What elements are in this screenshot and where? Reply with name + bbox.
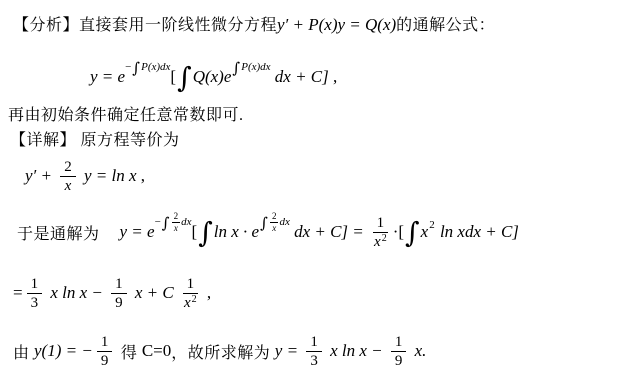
integral-icon: ∫ xyxy=(132,61,140,76)
minus-sign: − xyxy=(155,217,161,228)
fraction: 1 9 xyxy=(97,333,113,370)
integrand: ln x · e xyxy=(214,222,259,242)
formula-tail: ln xdx + C] xyxy=(436,222,519,242)
fraction-numerator: 2 xyxy=(270,211,279,222)
general-solution-line: 于是通解为 y = e − ∫ 2 x dx [ ∫ ln x · e ∫ 2 … xyxy=(17,206,519,258)
answer-head: y = xyxy=(275,341,303,361)
exponent-group: ∫ 2 x dx xyxy=(259,211,290,233)
fraction-denominator: x xyxy=(271,223,277,233)
expanded-solution-line: = 1 3 x ln x − 1 9 x + C 1 x2 , xyxy=(13,266,211,320)
equation-tail: y = ln x xyxy=(80,166,137,186)
small-fraction: 2 x xyxy=(172,211,181,233)
exponent-body: P(x)dx xyxy=(241,62,270,73)
fraction-numerator: 1 xyxy=(306,333,322,352)
term-b: x + C xyxy=(131,283,178,303)
fraction: 1 x2 xyxy=(372,214,389,251)
general-solution-formula: y = e − ∫ P(x)dx [ ∫ Q(x)e ∫ P(x)dx dx +… xyxy=(90,56,337,98)
term-a: x ln x − xyxy=(46,283,107,303)
fraction: 2 x xyxy=(60,158,76,195)
fraction-numerator: 1 xyxy=(27,275,43,294)
integral-icon: ∫ xyxy=(232,61,240,76)
fraction-numerator: 1 xyxy=(373,214,389,233)
fraction-numerator: 1 xyxy=(391,333,407,352)
fraction-denominator: 3 xyxy=(29,294,41,312)
fraction-numerator: 2 xyxy=(172,211,181,222)
solution-intro-line: 【详解】 原方程等价为 xyxy=(10,127,180,150)
solution-label-and-text: 【详解】 原方程等价为 xyxy=(10,127,180,150)
exponent-group: − ∫ 2 x dx xyxy=(155,211,192,233)
integral-icon: ∫ xyxy=(260,216,268,231)
comma: , xyxy=(203,283,212,303)
variable-x: x xyxy=(184,295,191,311)
open-bracket: [ xyxy=(170,67,176,87)
fraction-denominator: x xyxy=(173,223,179,233)
constant-value: C=0 xyxy=(142,341,171,361)
fraction-denominator: x2 xyxy=(182,294,199,312)
fraction-numerator: 1 xyxy=(97,333,113,352)
analysis-label-and-text: 【分析】直接套用一阶线性微分方程 xyxy=(13,12,277,35)
fraction-denominator: 9 xyxy=(113,294,125,312)
exponent-2: 2 xyxy=(382,233,387,244)
fraction: 1 9 xyxy=(111,275,127,312)
equation-head: y′ + xyxy=(25,166,56,186)
fraction-denominator: 9 xyxy=(393,352,405,370)
open-bracket: [ xyxy=(398,222,404,242)
initial-condition: y(1) = − xyxy=(34,341,93,361)
comma: , xyxy=(329,67,338,87)
exponent-body: dx xyxy=(181,217,191,228)
integral-icon: ∫ xyxy=(405,219,420,247)
equals-sign: = xyxy=(13,283,23,303)
analysis-text-tail: 的通解公式： xyxy=(396,12,495,35)
fraction: 1 x2 xyxy=(182,275,199,312)
answer-mid: x ln x − xyxy=(326,341,387,361)
variable-x: x xyxy=(374,234,381,250)
fraction-denominator: 9 xyxy=(99,352,111,370)
integral-icon: ∫ xyxy=(198,219,213,247)
exponent-body: P(x)dx xyxy=(141,62,170,73)
comma: , xyxy=(137,166,146,186)
small-fraction: 2 x xyxy=(270,211,279,233)
answer-tail: x. xyxy=(410,341,426,361)
variable-x: x xyxy=(421,222,429,242)
note-line: 再由初始条件确定任意常数即可. xyxy=(8,102,244,125)
fraction-denominator: 3 xyxy=(308,352,320,370)
note-text: 再由初始条件确定任意常数即可. xyxy=(8,102,244,125)
exponent-group: ∫ P(x)dx xyxy=(231,60,270,75)
final-answer-line: 由 y(1) = − 1 9 得 C=0 ，故所求解为 y = 1 3 x ln… xyxy=(13,326,426,376)
cn-text: ，故所求解为 xyxy=(171,340,275,363)
formula-head: y = e xyxy=(90,67,125,87)
general-solution-label: 于是通解为 xyxy=(17,221,100,244)
minus-sign: − xyxy=(125,62,131,73)
formula-mid: dx + C] = xyxy=(290,222,368,242)
analysis-intro-line: 【分析】直接套用一阶线性微分方程 y′ + P(x)y = Q(x) 的通解公式… xyxy=(13,12,495,35)
exponent-body: dx xyxy=(279,217,289,228)
fraction-denominator: x xyxy=(63,177,74,195)
cn-text: 得 xyxy=(116,340,142,363)
open-bracket: [ xyxy=(192,222,198,242)
cn-text: 由 xyxy=(13,340,34,363)
fraction: 1 3 xyxy=(306,333,322,370)
equation-line: y′ + 2 x y = ln x , xyxy=(25,150,145,202)
exponent-2: 2 xyxy=(192,294,197,305)
linear-ode-inline-formula: y′ + P(x)y = Q(x) xyxy=(277,15,396,35)
fraction-denominator: x2 xyxy=(372,233,389,251)
fraction-numerator: 2 xyxy=(60,158,76,177)
integral-icon: ∫ xyxy=(177,64,192,92)
formula-tail: dx + C] xyxy=(271,67,329,87)
fraction-numerator: 1 xyxy=(111,275,127,294)
formula-head: y = e xyxy=(120,222,155,242)
exponent-group: − ∫ P(x)dx xyxy=(125,60,170,75)
fraction-numerator: 1 xyxy=(183,275,199,294)
exponent-2: 2 xyxy=(429,219,435,231)
integrand: Q(x)e xyxy=(193,67,232,87)
fraction: 1 3 xyxy=(27,275,43,312)
integral-icon: ∫ xyxy=(162,216,170,231)
fraction: 1 9 xyxy=(391,333,407,370)
